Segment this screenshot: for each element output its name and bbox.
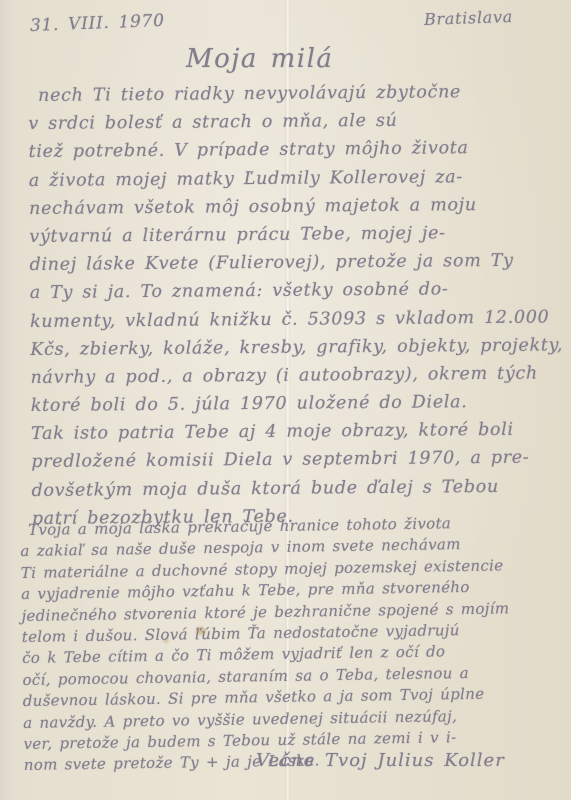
letter-signature: Večne Tvoj Julius Koller	[256, 750, 505, 771]
letter-salutation: Moja milá	[186, 44, 333, 74]
letter-body-paragraph-1: nech Ti tieto riadky nevyvolávajú zbytoč…	[28, 81, 562, 537]
letter-page: 31. VIII. 1970 Bratislava Moja milá nech…	[0, 0, 571, 800]
letter-body-paragraph-2: Tvoja a moja láska prekračuje hranice to…	[20, 512, 569, 777]
letter-date: 31. VIII. 1970	[30, 11, 165, 36]
letter-place: Bratislava	[424, 7, 514, 29]
